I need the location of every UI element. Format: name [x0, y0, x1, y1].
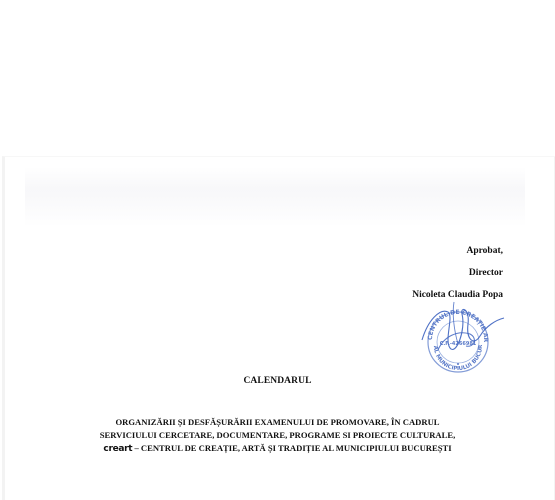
approval-block: Aprobat, Director Nicoleta Claudia Popa: [412, 240, 503, 306]
document-subtitle: ORGANIZĂRII ȘI DESFĂȘURĂRII EXAMENULUI D…: [0, 416, 555, 456]
creart-logo: creart: [103, 444, 132, 454]
approval-label: Aprobat,: [412, 240, 503, 262]
subtitle-line-1: ORGANIZĂRII ȘI DESFĂȘURĂRII EXAMENULUI D…: [0, 416, 555, 429]
approval-role: Director: [412, 262, 503, 284]
subtitle-line-3: creart – CENTRUL DE CREAȚIE, ARTĂ ȘI TRA…: [0, 442, 555, 456]
stamp-icon: CENTRUL DE CREAȚIE ARTĂ ȘI TRADIȚIE AL M…: [418, 300, 506, 376]
scan-texture: [25, 167, 525, 227]
stamp-and-signature: CENTRUL DE CREAȚIE ARTĂ ȘI TRADIȚIE AL M…: [418, 300, 506, 376]
document-title: CALENDARUL: [0, 376, 555, 386]
subtitle-line-3-text: – CENTRUL DE CREAȚIE, ARTĂ ȘI TRADIȚIE A…: [132, 443, 451, 453]
subtitle-line-2: SERVICIULUI CERCETARE, DOCUMENTARE, PROG…: [0, 429, 555, 442]
